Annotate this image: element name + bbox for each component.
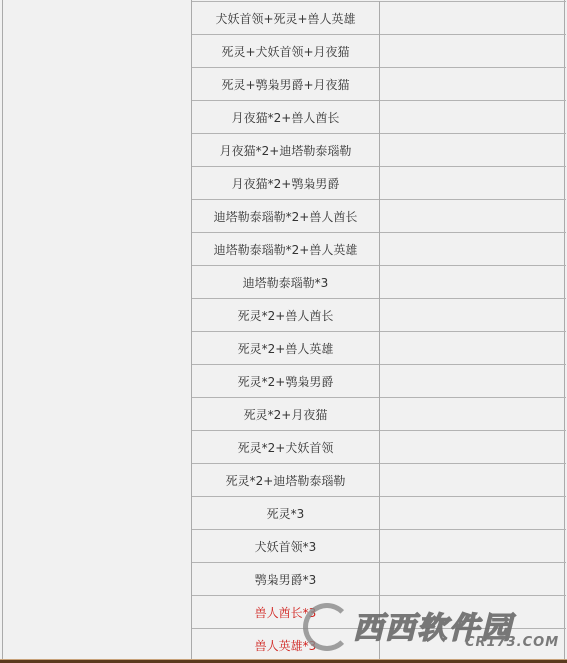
table-body: 犬妖首领+死灵+兽人英雄死灵+犬妖首领+月夜猫死灵+鹗枭男爵+月夜猫月夜猫*2+… xyxy=(192,2,566,662)
table-row: 死灵*3 xyxy=(192,497,566,530)
table-row: 月夜猫*2+兽人酋长 xyxy=(192,101,566,134)
combo-cell: 死灵+鹗枭男爵+月夜猫 xyxy=(192,68,380,101)
combo-cell: 迪塔勒泰瑙勒*2+兽人酋长 xyxy=(192,200,380,233)
table-row: 兽人英雄*3 xyxy=(192,629,566,662)
combo-cell: 兽人酋长*3 xyxy=(192,596,380,629)
combo-cell: 死灵*2+兽人英雄 xyxy=(192,332,380,365)
note-cell xyxy=(380,68,567,101)
combo-cell: 兽人英雄*3 xyxy=(192,629,380,662)
table-row: 死灵*2+月夜猫 xyxy=(192,398,566,431)
combo-cell: 死灵*2+鹗枭男爵 xyxy=(192,365,380,398)
combo-cell: 迪塔勒泰瑙勒*2+兽人英雄 xyxy=(192,233,380,266)
note-cell xyxy=(380,2,567,35)
note-cell xyxy=(380,134,567,167)
note-cell xyxy=(380,200,567,233)
note-cell xyxy=(380,497,567,530)
combo-cell: 死灵*2+犬妖首领 xyxy=(192,431,380,464)
table-row: 月夜猫*2+鹗枭男爵 xyxy=(192,167,566,200)
combo-cell: 月夜猫*2+兽人酋长 xyxy=(192,101,380,134)
document-frame: 犬妖首领+死灵+兽人英雄死灵+犬妖首领+月夜猫死灵+鹗枭男爵+月夜猫月夜猫*2+… xyxy=(2,0,565,660)
combo-cell: 鹗枭男爵*3 xyxy=(192,563,380,596)
combo-cell: 犬妖首领*3 xyxy=(192,530,380,563)
combo-cell: 死灵*2+兽人酋长 xyxy=(192,299,380,332)
combo-cell: 死灵*2+月夜猫 xyxy=(192,398,380,431)
table-row: 迪塔勒泰瑙勒*2+兽人酋长 xyxy=(192,200,566,233)
note-cell xyxy=(380,101,567,134)
combo-cell: 迪塔勒泰瑙勒*3 xyxy=(192,266,380,299)
note-cell xyxy=(380,629,567,662)
table-row: 死灵*2+兽人英雄 xyxy=(192,332,566,365)
combo-cell: 死灵*3 xyxy=(192,497,380,530)
combo-cell: 月夜猫*2+鹗枭男爵 xyxy=(192,167,380,200)
table-row: 鹗枭男爵*3 xyxy=(192,563,566,596)
note-cell xyxy=(380,365,567,398)
table-row: 死灵*2+鹗枭男爵 xyxy=(192,365,566,398)
note-cell xyxy=(380,233,567,266)
table-row: 犬妖首领*3 xyxy=(192,530,566,563)
note-cell xyxy=(380,530,567,563)
note-cell xyxy=(380,167,567,200)
note-cell xyxy=(380,596,567,629)
note-cell xyxy=(380,332,567,365)
note-cell xyxy=(380,35,567,68)
table-row: 死灵*2+迪塔勒泰瑙勒 xyxy=(192,464,566,497)
combo-cell: 死灵+犬妖首领+月夜猫 xyxy=(192,35,380,68)
note-cell xyxy=(380,431,567,464)
page-bottom-border xyxy=(0,659,567,663)
table-row: 兽人酋长*3 xyxy=(192,596,566,629)
merged-left-column xyxy=(3,0,192,660)
table-row: 月夜猫*2+迪塔勒泰瑙勒 xyxy=(192,134,566,167)
table-row: 死灵*2+兽人酋长 xyxy=(192,299,566,332)
note-cell xyxy=(380,464,567,497)
combo-cell: 死灵*2+迪塔勒泰瑙勒 xyxy=(192,464,380,497)
table-row: 死灵+鹗枭男爵+月夜猫 xyxy=(192,68,566,101)
note-cell xyxy=(380,398,567,431)
combo-cell: 犬妖首领+死灵+兽人英雄 xyxy=(192,2,380,35)
note-cell xyxy=(380,266,567,299)
note-cell xyxy=(380,563,567,596)
table-row: 犬妖首领+死灵+兽人英雄 xyxy=(192,2,566,35)
hero-combo-table: 犬妖首领+死灵+兽人英雄死灵+犬妖首领+月夜猫死灵+鹗枭男爵+月夜猫月夜猫*2+… xyxy=(192,1,566,661)
table-row: 死灵*2+犬妖首领 xyxy=(192,431,566,464)
table-row: 迪塔勒泰瑙勒*2+兽人英雄 xyxy=(192,233,566,266)
table-row: 死灵+犬妖首领+月夜猫 xyxy=(192,35,566,68)
combo-cell: 月夜猫*2+迪塔勒泰瑙勒 xyxy=(192,134,380,167)
note-cell xyxy=(380,299,567,332)
table-row: 迪塔勒泰瑙勒*3 xyxy=(192,266,566,299)
